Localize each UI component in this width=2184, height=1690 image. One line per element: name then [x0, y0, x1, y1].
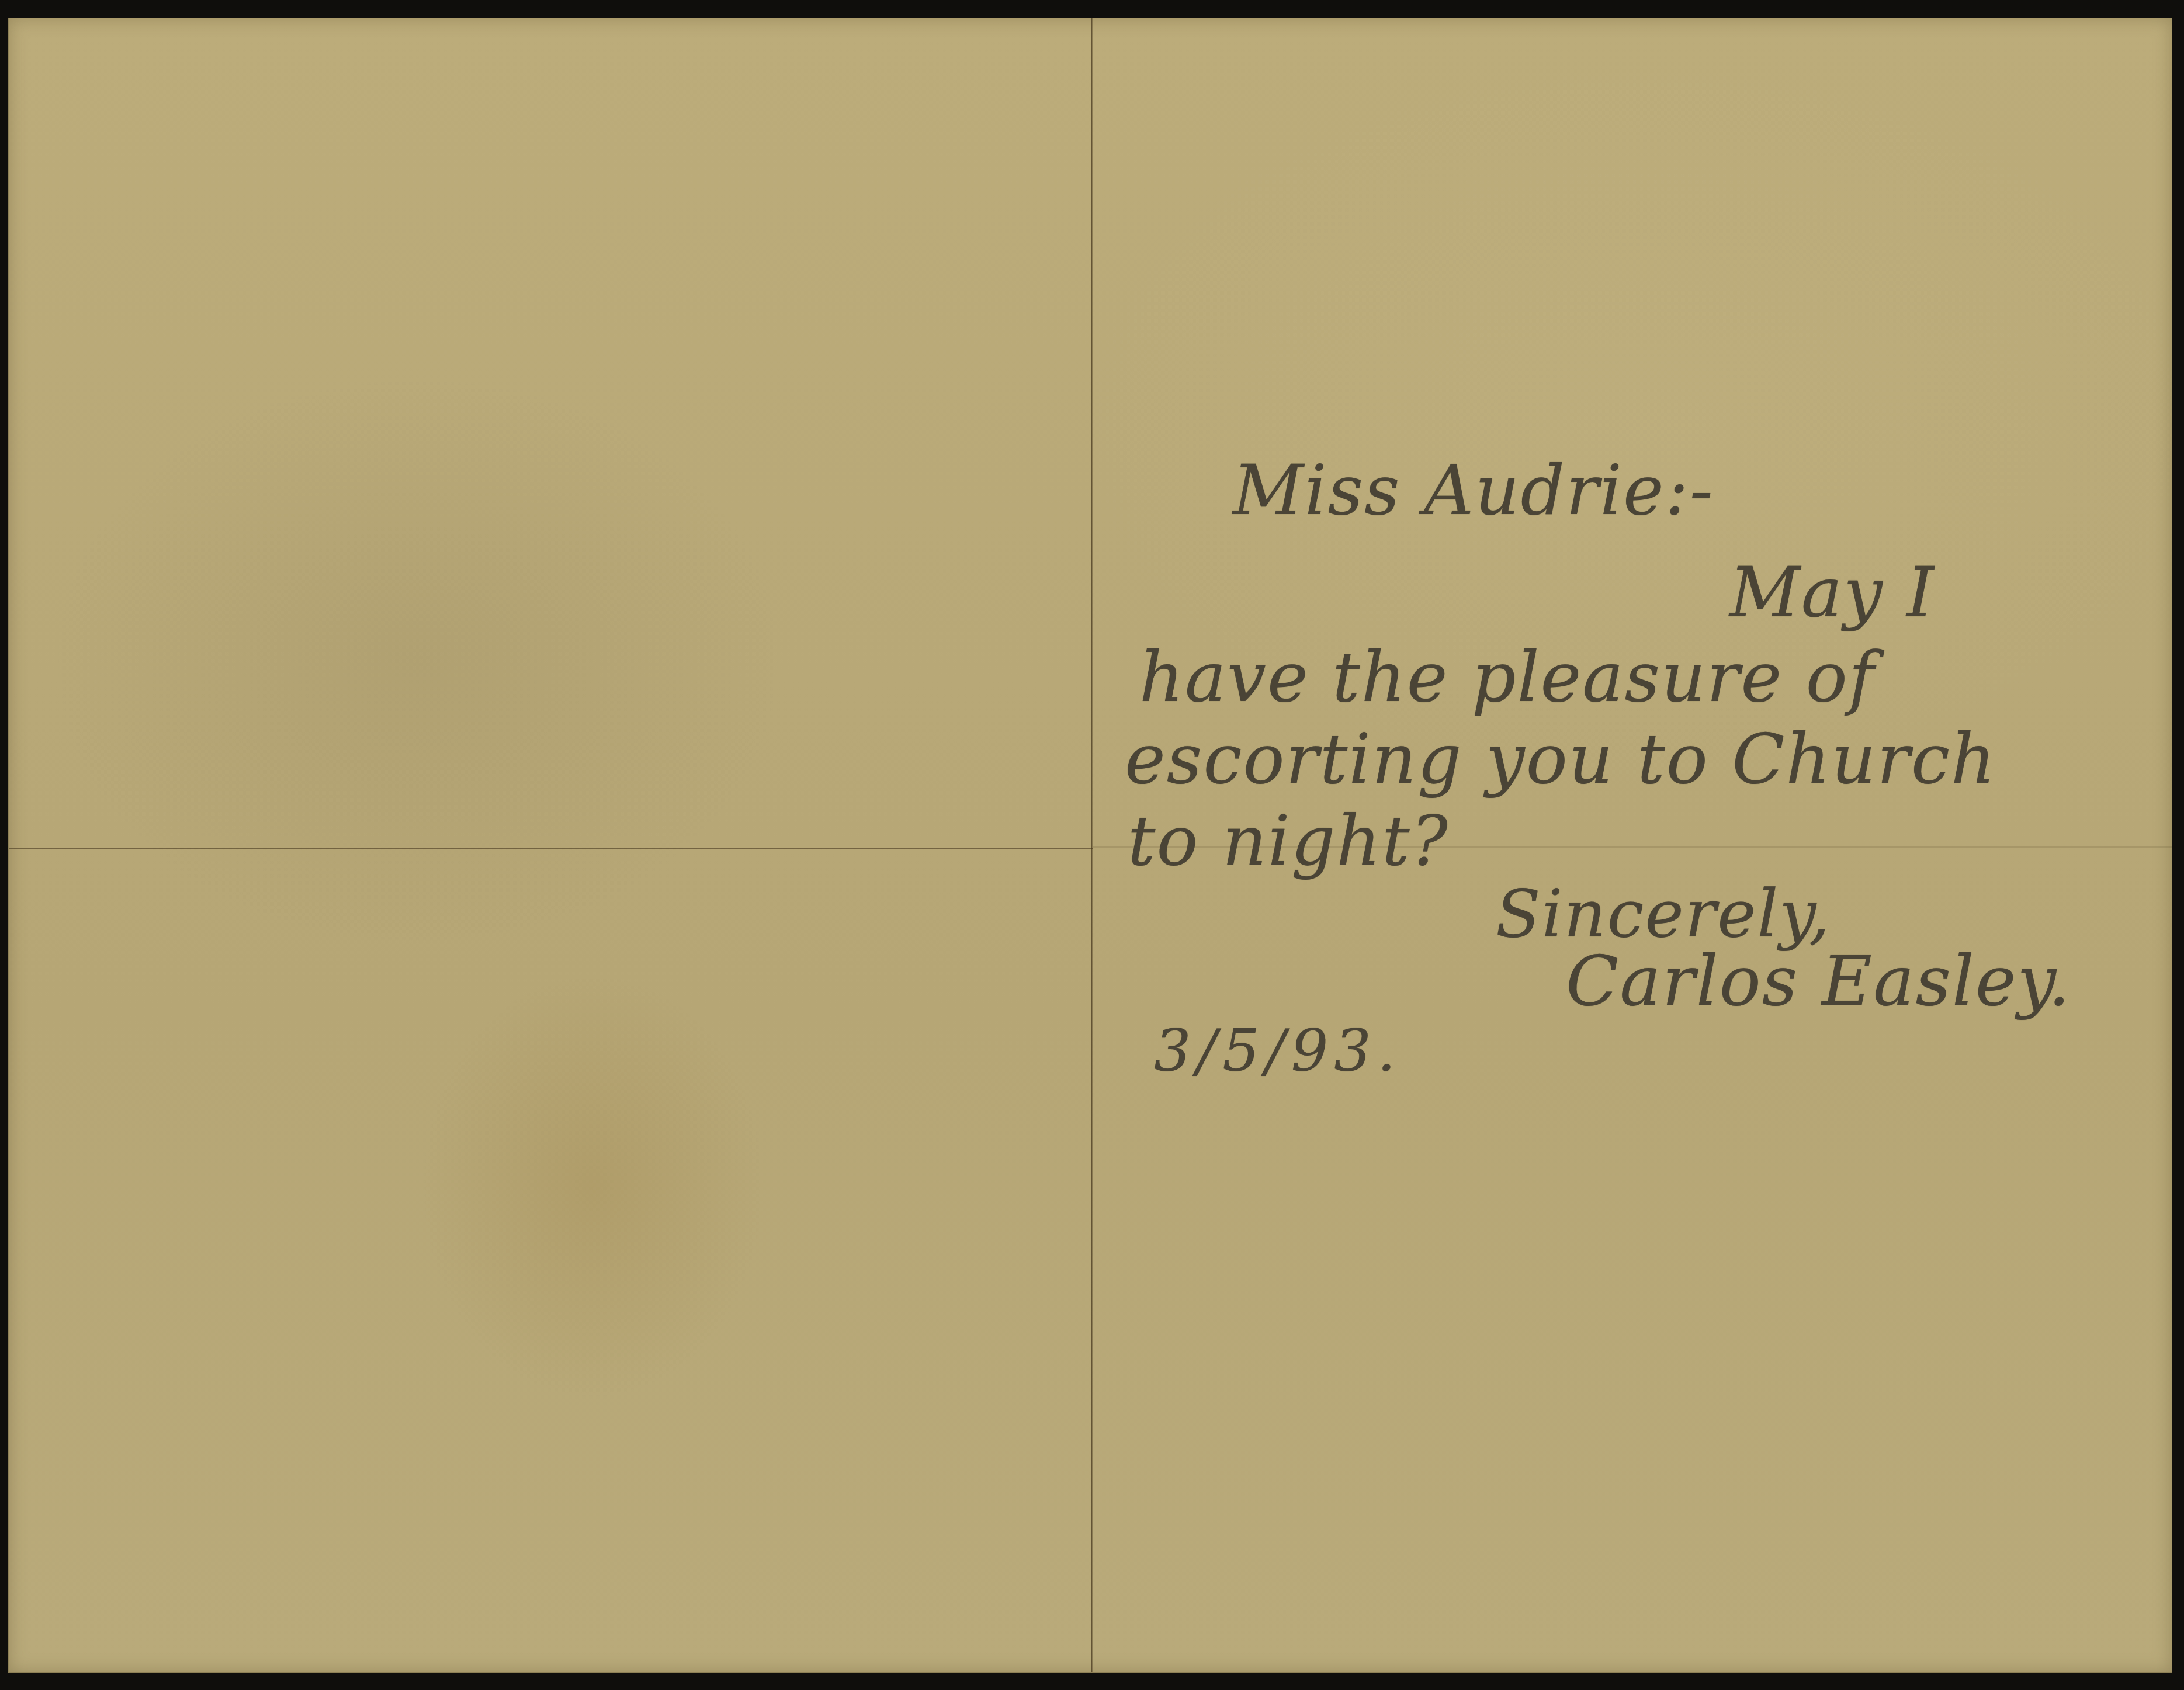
letter-body-line: to night?	[1128, 800, 1449, 881]
scanned-document: Miss Audrie:- May I have the pleasure of…	[0, 0, 2184, 1690]
letter-body-line: have the pleasure of	[1139, 637, 1876, 717]
horizontal-fold-crease	[9, 848, 1093, 849]
letter-date: 3/5/93.	[1154, 1016, 1402, 1085]
letter-paper	[8, 18, 2172, 1673]
letter-body-line: escorting you to Church	[1125, 719, 1996, 799]
vertical-fold-crease	[1091, 18, 1093, 1672]
letter-signature: Carlos Easley.	[1566, 941, 2071, 1021]
letter-body-line: May I	[1729, 552, 1935, 633]
letter-salutation: Miss Audrie:-	[1233, 450, 1714, 530]
